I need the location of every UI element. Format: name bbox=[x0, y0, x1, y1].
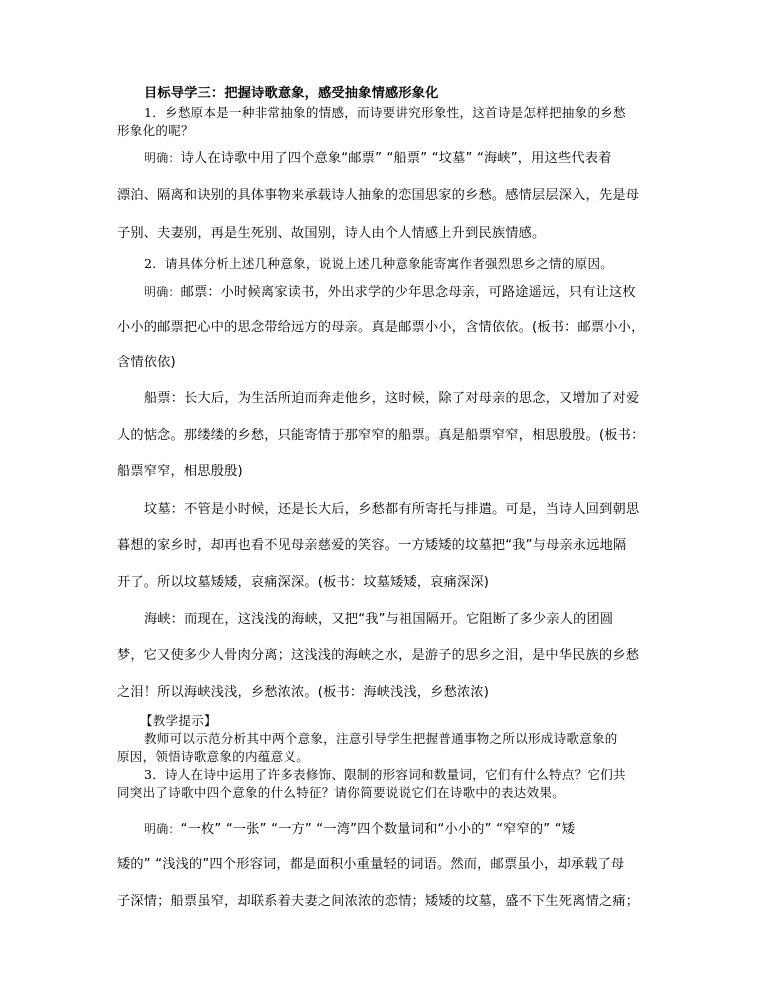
teaching-tip-line-1: 教师可以示范分析其中两个意象，注意引导学生把握普通事物之所以形成诗歌意象的 bbox=[144, 731, 655, 747]
answer-3-line-2: 矮的” “浅浅的”四个形容词，都是面积小重量轻的词语。然而，邮票虽小，却承载了母 bbox=[117, 857, 655, 873]
answer-2-stamp-line-2: 小小的邮票把心中的思念带给远方的母亲。真是邮票小小，含情依依。(板书：邮票小小， bbox=[117, 320, 655, 336]
section-title: 目标导学三：把握诗歌意象，感受抽象情感形象化 bbox=[144, 86, 655, 102]
question-2-line-1: 2．请具体分析上述几种意象，说说上述几种意象能寄寓作者强烈思乡之情的原因。 bbox=[144, 256, 655, 272]
answer-2-stamp-line-3: 含情依依) bbox=[117, 355, 655, 371]
answer-2-strait-line-3: 之泪！所以海峡浅浅，乡愁浓浓。(板书：海峡浅浅，乡愁浓浓) bbox=[117, 685, 655, 701]
answer-2-ticket-line-1: 船票：长大后，为生活所迫而奔走他乡，这时候，除了对母亲的思念，又增加了对爱 bbox=[144, 391, 655, 407]
answer-2-grave-line-3: 开了。所以坟墓矮矮，哀痛深深。(板书：坟墓矮矮，哀痛深深) bbox=[117, 575, 655, 591]
answer-label: 明确： bbox=[144, 822, 181, 836]
answer-2-stamp-line-1: 明确：邮票：小时候离家读书，外出求学的少年思念母亲，可路途遥远，只有让这枚 bbox=[144, 284, 655, 301]
teaching-tip-line-2: 原因，领悟诗歌意象的内蕴意义。 bbox=[117, 749, 655, 765]
answer-text: “一枚” “一张” “一方” “一湾”四个数量词和“小小的” “窄窄的” “矮 bbox=[181, 822, 576, 837]
answer-3-line-1: 明确：“一枚” “一张” “一方” “一湾”四个数量词和“小小的” “窄窄的” … bbox=[144, 821, 655, 838]
answer-2-strait-line-1: 海峡：而现在，这浅浅的海峡，又把“我”与祖国隔开。它阻断了多少亲人的团圆 bbox=[144, 612, 655, 628]
answer-2-strait-line-2: 梦，它又使多少人骨肉分离；这浅浅的海峡之水，是游子的思乡之泪，是中华民族的乡愁 bbox=[117, 648, 655, 664]
answer-1-line-1: 明确：诗人在诗歌中用了四个意象“邮票” “船票” “坟墓” “海峡”，用这些代表… bbox=[144, 150, 655, 167]
answer-text: 邮票：小时候离家读书，外出求学的少年思念母亲，可路途遥远，只有让这枚 bbox=[181, 285, 636, 300]
answer-3-line-3: 子深情；船票虽窄，却联系着夫妻之间浓浓的恋情；矮矮的坟墓，盛不下生死离情之痛； bbox=[117, 894, 655, 910]
answer-2-grave-line-2: 暮想的家乡时，却再也看不见母亲慈爱的笑容。一方矮矮的坟墓把“我”与母亲永远地隔 bbox=[117, 538, 655, 554]
answer-1-line-2: 漂泊、隔离和诀别的具体事物来承载诗人抽象的恋国思家的乡愁。感情层层深入，先是母 bbox=[117, 188, 655, 204]
question-1-line-2: 形象化的呢？ bbox=[117, 123, 655, 139]
answer-2-grave-line-1: 坟墓：不管是小时候，还是长大后，乡愁都有所寄托与排遣。可是，当诗人回到朝思 bbox=[144, 502, 655, 518]
answer-label: 明确： bbox=[144, 151, 181, 165]
answer-text: 诗人在诗歌中用了四个意象“邮票” “船票” “坟墓” “海峡”，用这些代表着 bbox=[181, 151, 612, 166]
answer-1-line-3: 子别、夫妻别，再是生死别、故国别，诗人由个人情感上升到民族情感。 bbox=[117, 226, 655, 242]
question-3-line-2: 同突出了诗歌中四个意象的什么特征？请你简要说说它们在诗歌中的表达效果。 bbox=[117, 785, 655, 801]
answer-label: 明确： bbox=[144, 285, 181, 299]
question-3-line-1: 3．诗人在诗中运用了许多表修饰、限制的形容词和数量词，它们有什么特点？它们共 bbox=[144, 767, 655, 783]
answer-2-ticket-line-2: 人的惦念。那缕缕的乡愁，只能寄情于那窄窄的船票。真是船票窄窄，相思殷殷。(板书： bbox=[117, 428, 655, 444]
question-1-line-1: 1．乡愁原本是一种非常抽象的情感，而诗要讲究形象性，这首诗是怎样把抽象的乡愁 bbox=[144, 105, 655, 121]
answer-2-ticket-line-3: 船票窄窄，相思殷殷) bbox=[117, 464, 655, 480]
teaching-tip-heading: 【教学提示】 bbox=[140, 713, 678, 729]
